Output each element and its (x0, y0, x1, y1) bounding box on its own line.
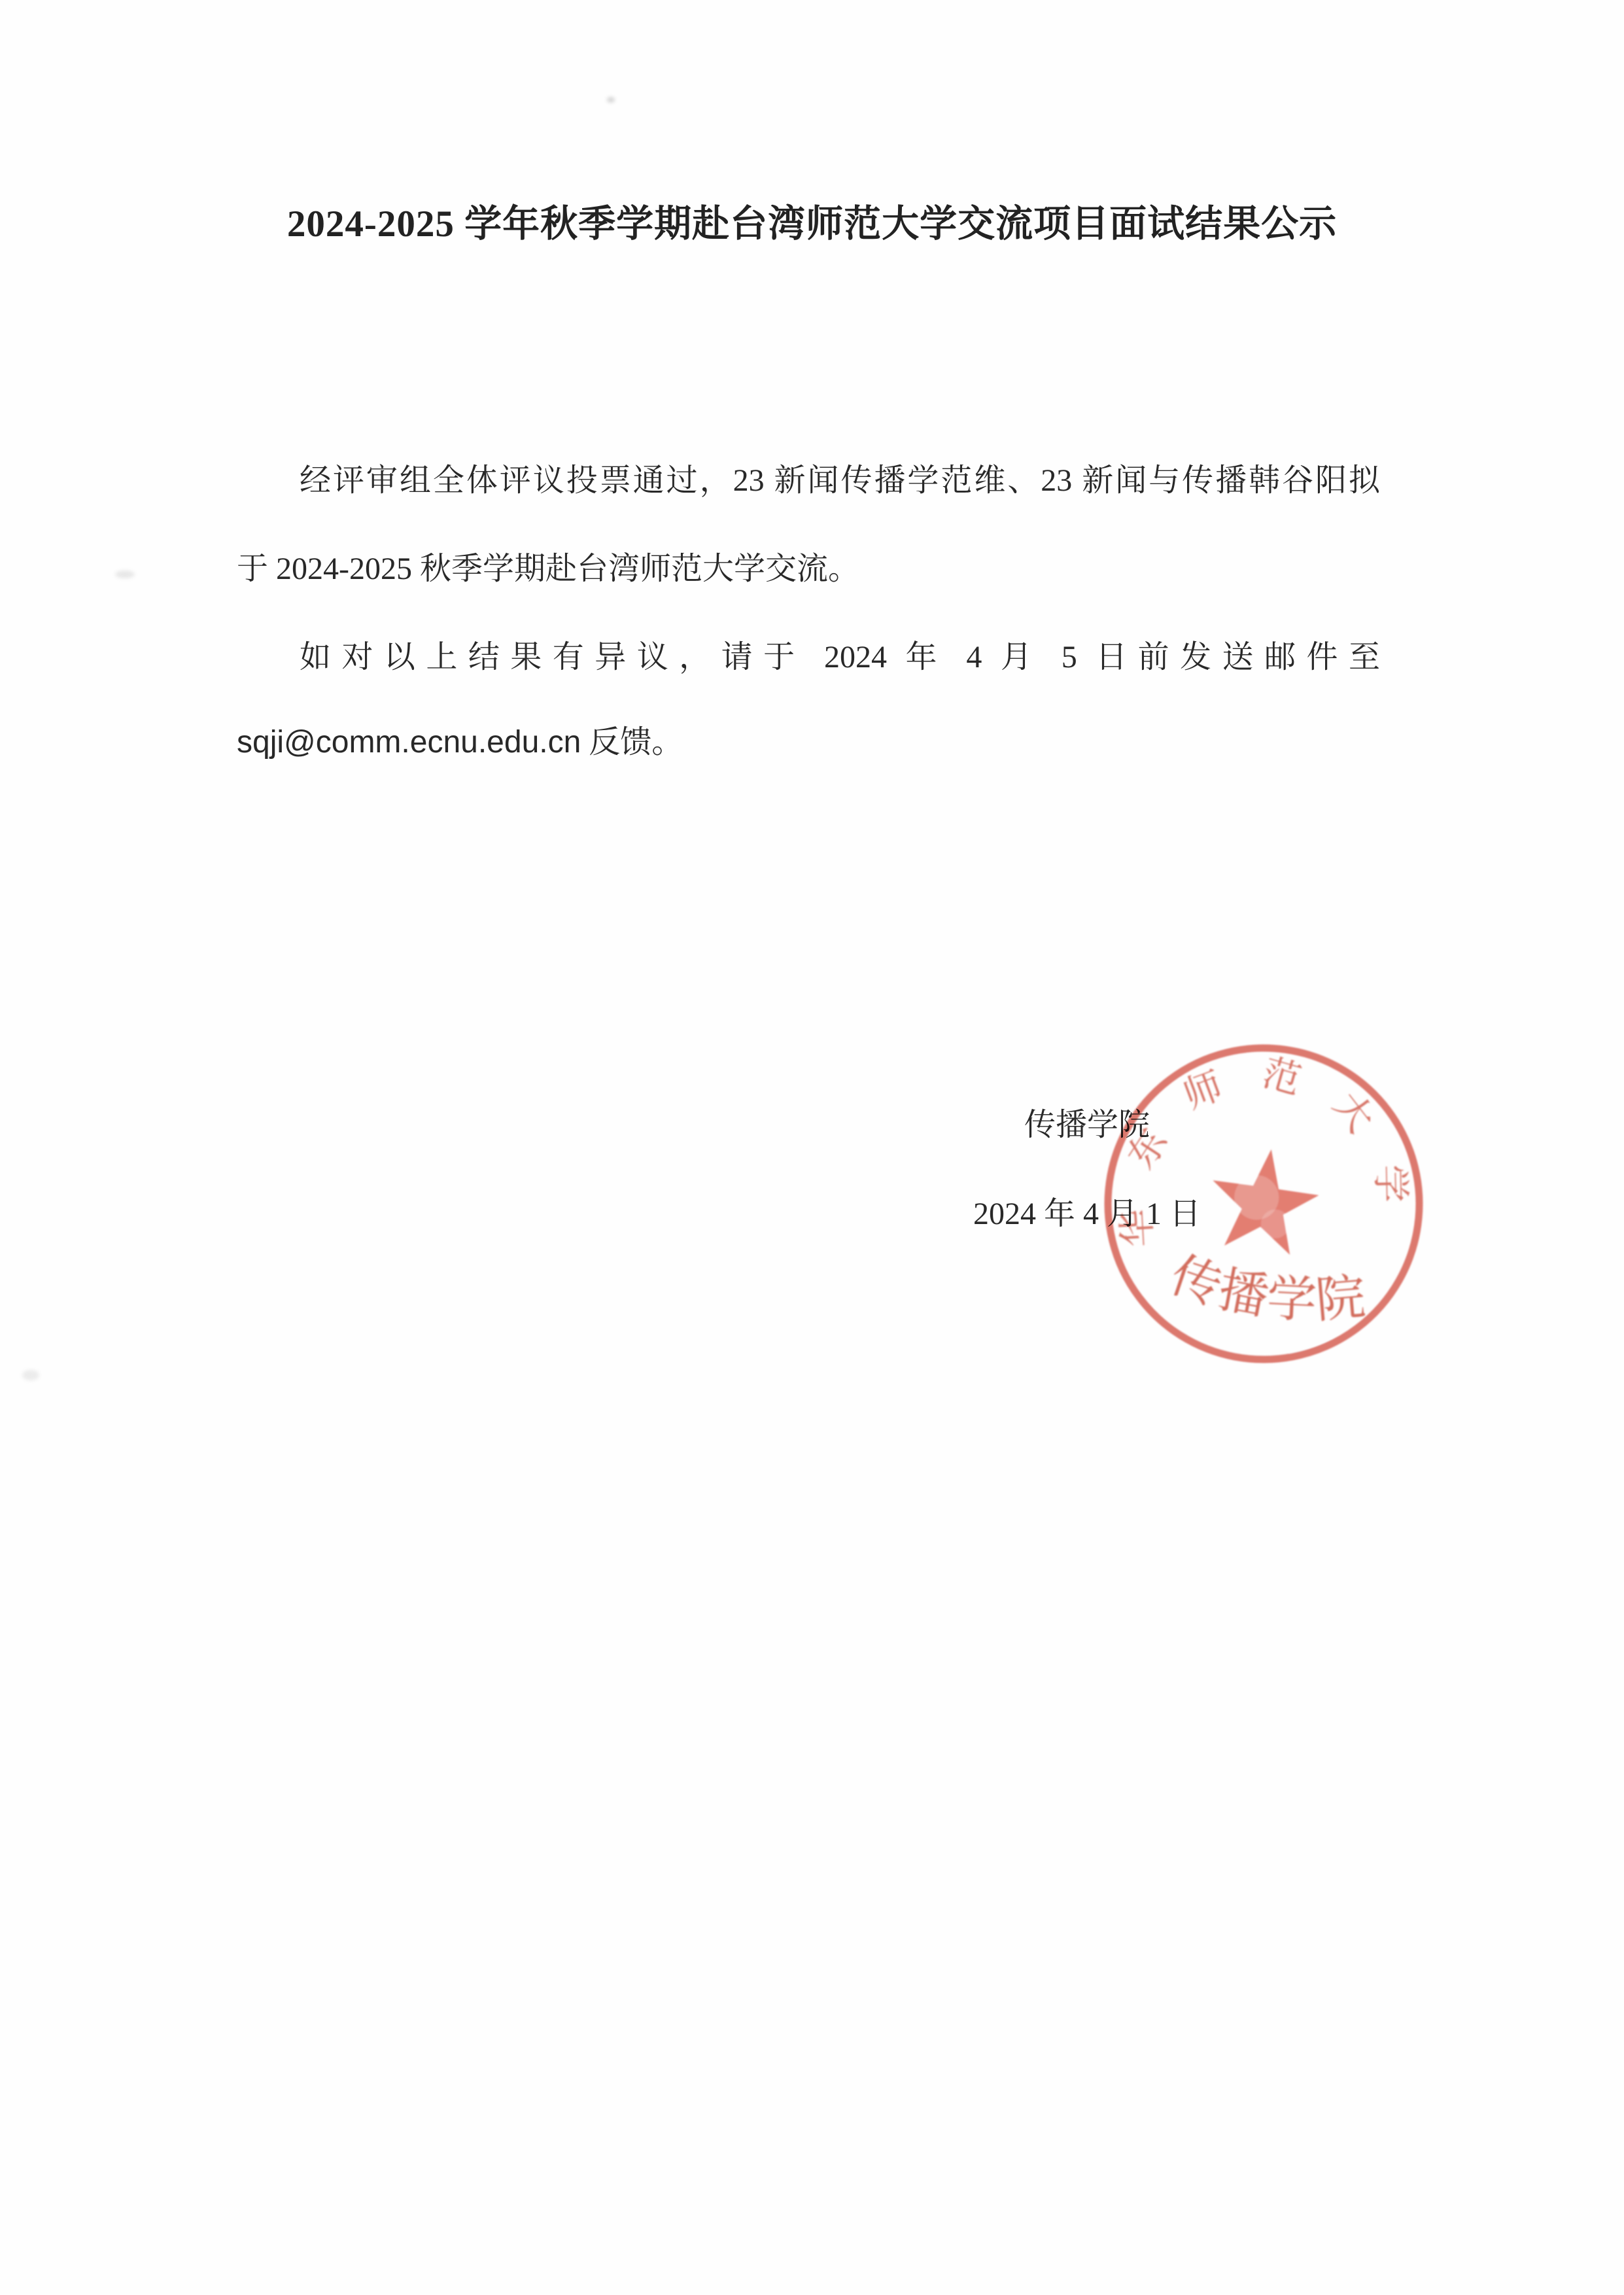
body-paragraph1-line1: 经评审组全体评议投票通过，23 新闻传播学范维、23 新闻与传播韩谷阳拟 (237, 465, 1380, 497)
body-paragraph1-line2: 于 2024-2025 秋季学期赴台湾师范大学交流。 (237, 553, 1380, 585)
signature-organization: 传播学院 (935, 1110, 1239, 1141)
scan-artifact-smudge (22, 1370, 39, 1380)
document-title: 2024-2025 学年秋季学期赴台湾师范大学交流项目面试结果公示 (0, 205, 1624, 243)
body-paragraph2-line1: 如对以上结果有异议，请于 2024 年 4 月 5 日前发送邮件至 (237, 642, 1380, 673)
body-paragraph2-line2: sqji@comm.ecnu.edu.cn 反馈。 (237, 727, 1380, 758)
feedback-suffix: 反馈。 (581, 725, 683, 760)
scan-artifact-smudge (115, 570, 135, 578)
scanned-announcement-page: 2024-2025 学年秋季学期赴台湾师范大学交流项目面试结果公示 经评审组全体… (0, 0, 1624, 2295)
scan-artifact-dot (607, 97, 615, 103)
signature-date: 2024 年 4 月 1 日 (935, 1199, 1239, 1230)
stamp-university-arc-text: 华东师范大学 (1103, 1034, 1434, 1289)
contact-email: sqji@comm.ecnu.edu.cn (237, 725, 581, 760)
stamp-college-bottom-text: 传播学院 (1162, 1242, 1376, 1340)
